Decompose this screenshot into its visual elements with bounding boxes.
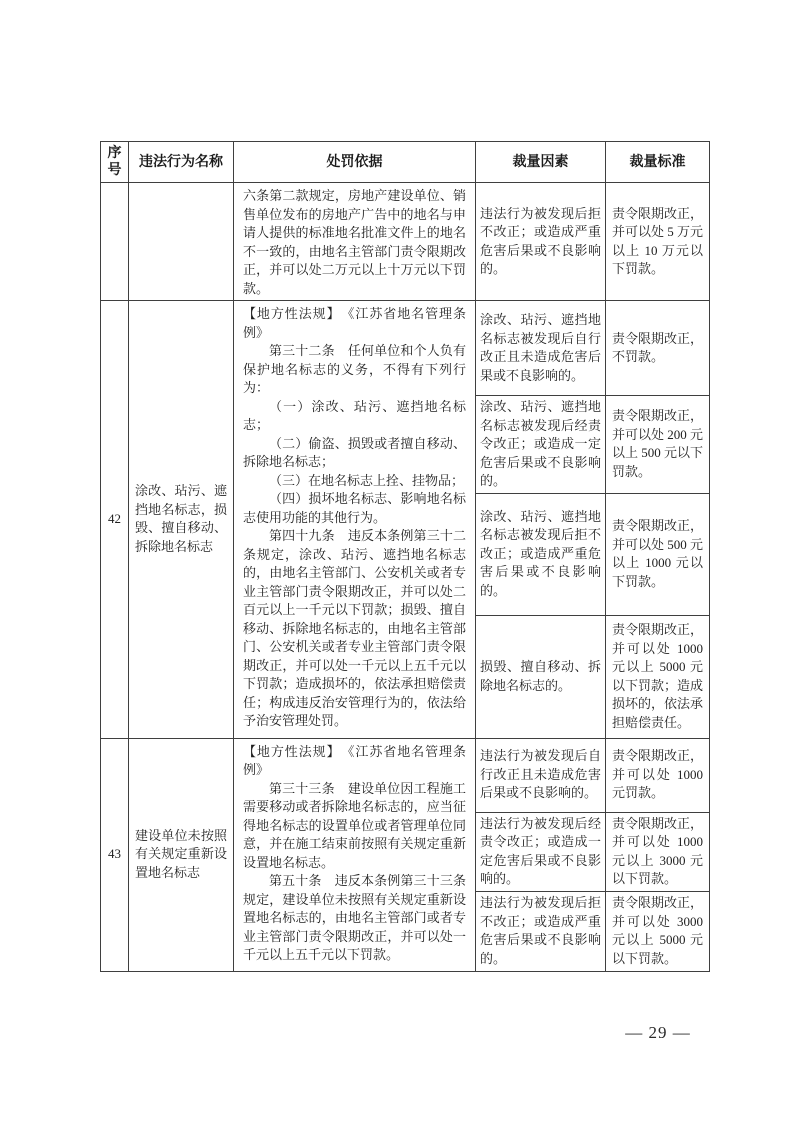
basis-paragraph: 第三十二条 任何单位和个人负有保护地名标志的义务，不得有下列行为： [243, 342, 466, 398]
row-43-standard-2: 责令限期改正，并可以处 1000 元以上 3000 元以下罚款。 [606, 812, 710, 891]
basis-paragraph: （四）损坏地名标志、影响地名标志使用功能的其他行为。 [243, 490, 466, 527]
basis-paragraph: （一）涂改、玷污、遮挡地名标志； [243, 398, 466, 435]
row-cont-penalty-basis: 六条第二款规定，房地产建设单位、销售单位发布的房地产广告中的地名与申请人提供的标… [234, 183, 476, 301]
row-43-factor-1: 违法行为被发现后自行改正且未造成危害后果或不良影响的。 [476, 738, 606, 812]
row-43-factor-3: 违法行为被发现后拒不改正；或造成严重危害后果或不良影响的。 [476, 891, 606, 971]
row-42-factor-1: 涂改、玷污、遮挡地名标志被发现后自行改正且未造成危害后果或不良影响的。 [476, 301, 606, 396]
row-42-factor-3: 涂改、玷污、遮挡地名标志被发现后拒不改正；或造成严重危害后果或不良影响的。 [476, 493, 606, 615]
basis-paragraph: 第五十条 违反本条例第三十三条规定，建设单位未按照有关规定重新设置地名标志的，由… [243, 872, 466, 965]
row-cont-number [101, 183, 129, 301]
basis-paragraph: 六条第二款规定，房地产建设单位、销售单位发布的房地产广告中的地名与申请人提供的标… [243, 187, 466, 298]
row-cont-factor: 违法行为被发现后拒不改正；或造成严重危害后果或不良影响的。 [476, 183, 606, 301]
row-42-standard-3: 责令限期改正，并可以处 500 元以上 1000 元以下罚款。 [606, 493, 710, 615]
row-cont-standard: 责令限期改正，并可以处 5 万元以上 10 万元以下罚款。 [606, 183, 710, 301]
table-header-row: 序号 违法行为名称 处罚依据 裁量因素 裁量标准 [101, 142, 710, 183]
row-42-factor-2: 涂改、玷污、遮挡地名标志被发现后经责令改正；或造成一定危害后果或不良影响的。 [476, 396, 606, 494]
basis-paragraph: （二）偷盗、损毁或者擅自移动、拆除地名标志； [243, 435, 466, 472]
row-42-standard-2: 责令限期改正，并可以处 200 元以上 500 元以下罚款。 [606, 396, 710, 494]
basis-paragraph: 【地方性法规】 《江苏省地名管理条例》 [243, 305, 466, 342]
basis-paragraph: 【地方性法规】 《江苏省地名管理条例》 [243, 743, 466, 780]
row-43-standard-1: 责令限期改正，并可以处 1000 元罚款。 [606, 738, 710, 812]
row-42-violation-name: 涂改、玷污、遮挡地名标志，损毁、擅自移动、拆除地名标志 [129, 301, 234, 739]
basis-paragraph: 第四十九条 违反本条例第三十二条规定，涂改、玷污、遮挡地名标志的，由地名主管部门… [243, 527, 466, 731]
table-row-43: 43 建设单位未按照有关规定重新设置地名标志 【地方性法规】 《江苏省地名管理条… [101, 738, 710, 812]
column-header-no: 序号 [101, 142, 129, 183]
row-43-factor-2: 违法行为被发现后经责令改正；或造成一定危害后果或不良影响的。 [476, 812, 606, 891]
row-42-standard-4: 责令限期改正，并可以处 1000 元以上 5000 元以下罚款；造成损坏的，依法… [606, 615, 710, 738]
column-header-violation-name: 违法行为名称 [129, 142, 234, 183]
row-43-penalty-basis: 【地方性法规】 《江苏省地名管理条例》 第三十三条 建设单位因工程施工需要移动或… [234, 738, 476, 971]
document-page: 序号 违法行为名称 处罚依据 裁量因素 裁量标准 六条第二款规定，房地产建设单位… [0, 0, 800, 1131]
row-43-number: 43 [101, 738, 129, 971]
row-43-standard-3: 责令限期改正，并可以处 3000 元以上 5000 元以下罚款。 [606, 891, 710, 971]
basis-paragraph: （三）在地名标志上拴、挂物品； [243, 472, 466, 491]
row-43-violation-name: 建设单位未按照有关规定重新设置地名标志 [129, 738, 234, 971]
row-42-factor-4: 损毁、擅自移动、拆除地名标志的。 [476, 615, 606, 738]
column-header-discretion-factor: 裁量因素 [476, 142, 606, 183]
penalty-discretion-table: 序号 违法行为名称 处罚依据 裁量因素 裁量标准 六条第二款规定，房地产建设单位… [100, 141, 710, 972]
row-42-number: 42 [101, 301, 129, 739]
column-header-penalty-basis: 处罚依据 [234, 142, 476, 183]
basis-paragraph: 第三十三条 建设单位因工程施工需要移动或者拆除地名标志的，应当征得地名标志的设置… [243, 780, 466, 873]
page-number: — 29 — [603, 1023, 713, 1043]
table-row-42: 42 涂改、玷污、遮挡地名标志，损毁、擅自移动、拆除地名标志 【地方性法规】 《… [101, 301, 710, 396]
row-42-standard-1: 责令限期改正，不罚款。 [606, 301, 710, 396]
row-cont-violation-name [129, 183, 234, 301]
column-header-discretion-standard: 裁量标准 [606, 142, 710, 183]
row-42-penalty-basis: 【地方性法规】 《江苏省地名管理条例》 第三十二条 任何单位和个人负有保护地名标… [234, 301, 476, 739]
table-row-continuation: 六条第二款规定，房地产建设单位、销售单位发布的房地产广告中的地名与申请人提供的标… [101, 183, 710, 301]
